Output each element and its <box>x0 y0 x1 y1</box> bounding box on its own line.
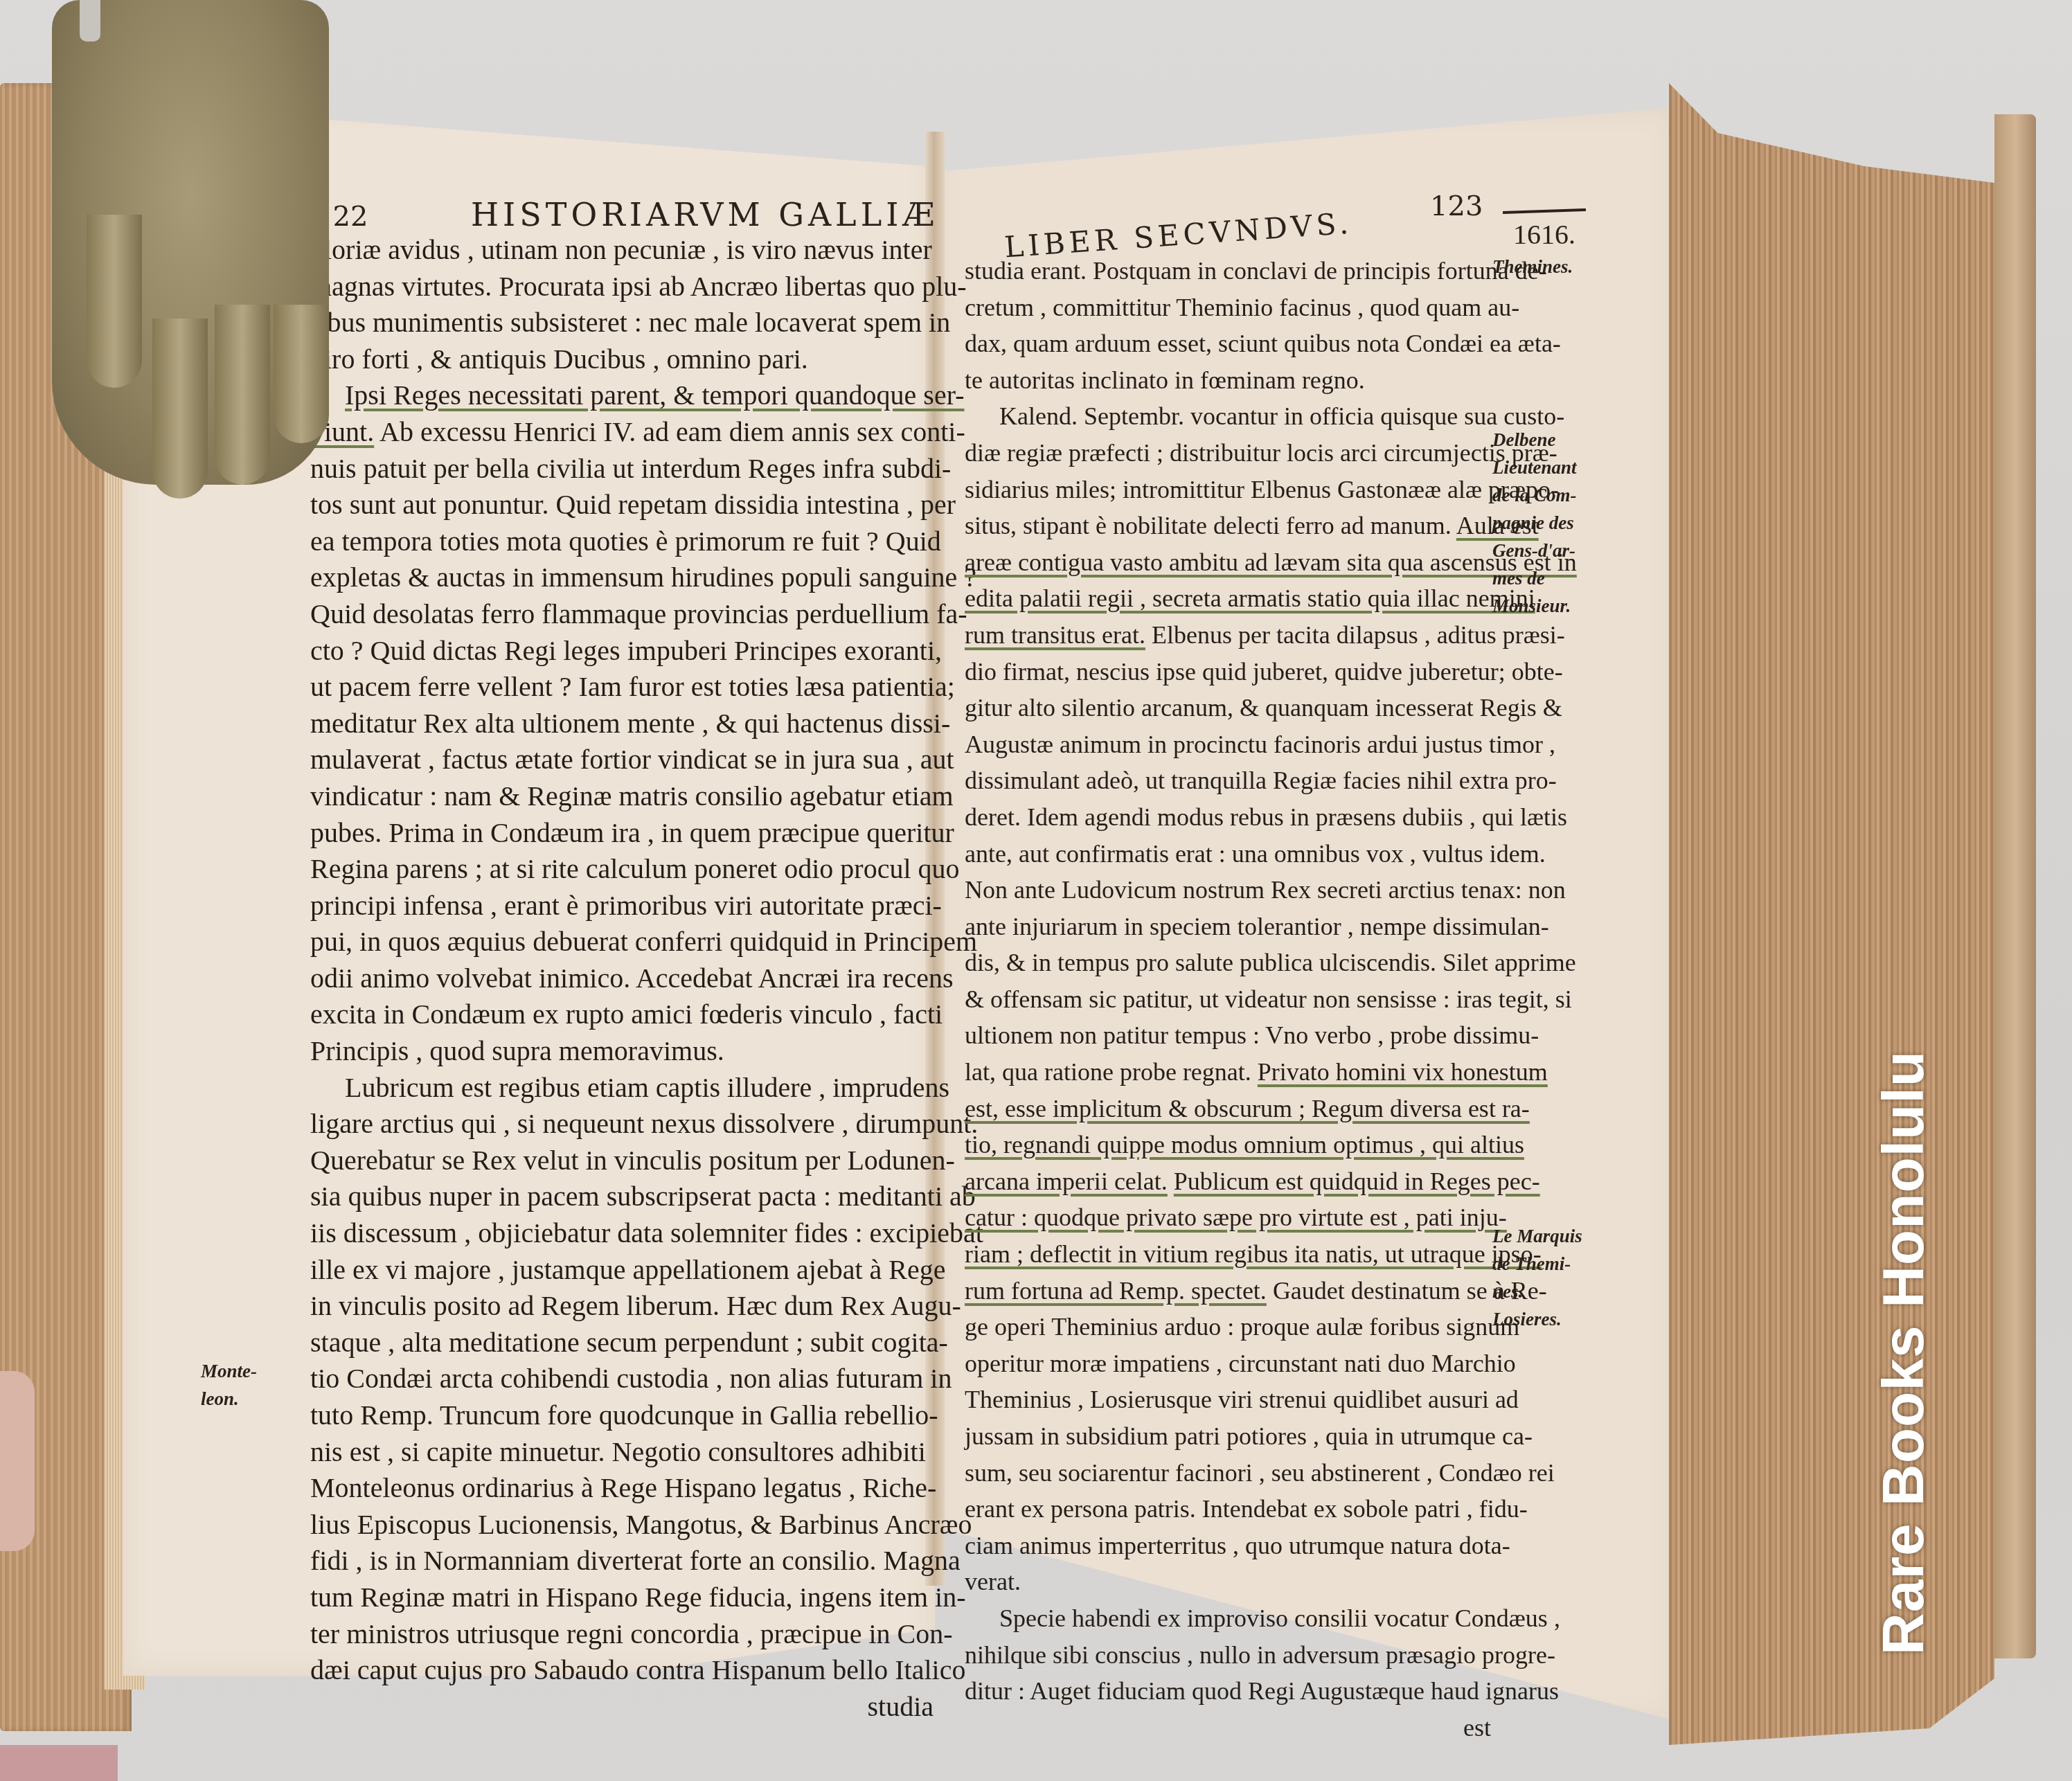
text-segment: nis est , si capite minuetur. Negotio co… <box>310 1436 926 1467</box>
text-line: ciam animus imperterritus , quo utrumque… <box>965 1528 1491 1564</box>
text-segment: odii animo volvebat inimico. Accedebat A… <box>310 963 954 994</box>
text-segment: ille ex vi majore , justamque appellatio… <box>310 1254 945 1285</box>
text-line: gitur alto silentio arcanum, & quanquam … <box>965 690 1491 726</box>
text-segment: tuto Remp. Truncum fore quodcunque in Ga… <box>310 1399 938 1431</box>
underlined-passage: Privato homini vix honestum <box>1258 1058 1548 1086</box>
text-line: rum fortuna ad Remp. spectet. Gaudet des… <box>965 1273 1491 1309</box>
hand-finger <box>152 319 208 499</box>
text-line: magnas virtutes. Procurata ipsi ab Ancræ… <box>310 269 934 305</box>
text-segment: sidiarius miles; intromittitur Elbenus G… <box>965 476 1559 503</box>
underlined-passage: Ipsi Reges necessitati parent, & tempori… <box>345 379 965 411</box>
text-segment: dissimulant adeò, ut tranquilla Regiæ fa… <box>965 767 1557 794</box>
text-line: Augustæ animum in procinctu facinoris ar… <box>965 726 1491 763</box>
text-segment: Specie habendi ex improviso consilii voc… <box>999 1604 1560 1632</box>
text-segment: sia quibus nuper in pacem subscripserat … <box>310 1181 976 1212</box>
text-line: tuto Remp. Truncum fore quodcunque in Ga… <box>310 1397 934 1434</box>
text-segment: nihilque sibi conscius , nullo in advers… <box>965 1641 1555 1669</box>
right-page-number: 123 <box>1430 190 1483 222</box>
text-segment: lius Episcopus Lucionensis, Mangotus, & … <box>310 1509 972 1540</box>
text-segment: ea tempora toties mota quoties è primoru… <box>310 526 941 557</box>
left-running-head: HISTORIARVM GALLIÆ <box>471 196 938 233</box>
text-line: ea tempora toties mota quoties è primoru… <box>310 523 934 560</box>
text-line: dax, quam arduum esset, sciunt quibus no… <box>965 325 1491 362</box>
hand-mount-clip <box>80 0 100 42</box>
text-segment: dax, quam arduum esset, sciunt quibus no… <box>965 330 1561 357</box>
text-line: Kalend. Septembr. vocantur in officia qu… <box>965 398 1491 435</box>
text-segment: meditatur Rex alta ultionem mente , & qu… <box>310 708 950 739</box>
text-segment: lat, qua ratione probe regnat. <box>965 1058 1258 1086</box>
text-segment: nuis patuit per bella civilia ut interdu… <box>310 453 951 484</box>
text-line: nuis patuit per bella civilia ut interdu… <box>310 451 934 487</box>
text-line: ribus munimentis subsisteret : nec male … <box>310 305 934 341</box>
text-segment: erant ex persona patris. Intendebat ex s… <box>965 1495 1528 1523</box>
text-segment: ultionem non patitur tempus : Vno verbo … <box>965 1021 1539 1049</box>
text-line: te autoritas inclinato in fœminam regno. <box>965 362 1491 399</box>
text-segment: pui, in quos æquius debuerat conferri qu… <box>310 926 977 957</box>
text-segment: & offensam sic patitur, ut videatur non … <box>965 985 1572 1013</box>
text-line: odii animo volvebat inimico. Accedebat A… <box>310 960 934 997</box>
text-line: cretum , committitur Theminio facinus , … <box>965 289 1491 326</box>
underlined-passage: areæ contigua vasto ambitu ad lævam sita… <box>965 548 1577 576</box>
text-line: jussam in subsidium patri potiores , qui… <box>965 1418 1491 1455</box>
text-line: riam ; deflectit in vitium regibus ita n… <box>965 1236 1491 1273</box>
text-line: ditur : Auget fiduciam quod Regi Augustæ… <box>965 1673 1491 1710</box>
text-line: ligare arctius qui , si nequeunt nexus d… <box>310 1106 934 1143</box>
text-segment: ciam animus imperterritus , quo utrumque… <box>965 1532 1510 1559</box>
text-segment: Elbenus per tacita dilapsus , aditus præ… <box>1145 621 1565 649</box>
text-line: ge operi Theminius arduo : proque aulæ f… <box>965 1309 1491 1345</box>
text-line: iis discessum , objiciebatur data solemn… <box>310 1215 934 1252</box>
text-line: dæi caput cujus pro Sabaudo contra Hispa… <box>310 1652 934 1689</box>
text-line: ut pacem ferre vellent ? Iam furor est t… <box>310 669 934 706</box>
text-line: tum Reginæ matri in Hispano Rege fiducia… <box>310 1579 934 1616</box>
text-segment: magnas virtutes. Procurata ipsi ab Ancræ… <box>310 271 967 302</box>
text-segment: staque , alta meditatione secum perpendu… <box>310 1327 948 1358</box>
text-line: excita in Condæum ex rupto amici fœderis… <box>310 996 934 1033</box>
text-line: Theminius , Losierusque viri strenui qui… <box>965 1381 1491 1418</box>
text-segment: gitur alto silentio arcanum, & quanquam … <box>965 694 1562 722</box>
text-segment: Querebatur se Rex velut in vinculis posi… <box>310 1145 955 1176</box>
margin-note-themines: Themines. <box>1492 253 1573 280</box>
text-line: meditatur Rex alta ultionem mente , & qu… <box>310 706 934 742</box>
text-line: nihilque sibi conscius , nullo in advers… <box>965 1637 1491 1674</box>
underlined-passage: est, esse implicitum & obscurum ; Regum … <box>965 1095 1530 1122</box>
text-line: gloriæ avidus , utinam non pecuniæ , is … <box>310 232 934 269</box>
underlined-passage: Publicum est quidquid in Reges pec- <box>1174 1167 1540 1195</box>
text-line: deret. Idem agendi modus rebus in præsen… <box>965 799 1491 836</box>
text-segment: mulaverat , factus ætate fortior vindica… <box>310 744 954 775</box>
text-segment: ante, aut confirmatis erat : una omnibus… <box>965 840 1546 868</box>
text-line: edita palatii regii , secreta armatis st… <box>965 580 1491 617</box>
margin-note-delbene: Delbene Lieutenant de la Com- pagnie des… <box>1492 426 1577 620</box>
text-segment: pubes. Prima in Condæum ira , in quem pr… <box>310 817 954 848</box>
text-segment: principi infensa , erant è primoribus vi… <box>310 890 942 921</box>
text-line: sia quibus nuper in pacem subscripserat … <box>310 1179 934 1215</box>
text-line: studia <box>310 1689 934 1726</box>
margin-note-marquis-themines: Le Marquis de Themi- nes. Losieres. <box>1492 1222 1582 1333</box>
text-line: sidiarius miles; intromittitur Elbenus G… <box>965 472 1491 508</box>
text-segment: ligare arctius qui , si nequeunt nexus d… <box>310 1108 978 1139</box>
underlined-passage: rum fortuna ad Remp. spectet. <box>965 1277 1267 1305</box>
margin-note-monteleon: Monte- leon. <box>201 1357 257 1413</box>
text-segment: situs, stipant è nobilitate delecti ferr… <box>965 512 1456 539</box>
text-line: ante injuriarum in speciem tolerantior ,… <box>965 909 1491 945</box>
underlined-passage: arcana imperii celat. <box>965 1167 1168 1195</box>
text-line: areæ contigua vasto ambitu ad lævam sita… <box>965 544 1491 581</box>
text-segment: ge operi Theminius arduo : proque aulæ f… <box>965 1313 1519 1341</box>
text-line: lius Episcopus Lucionensis, Mangotus, & … <box>310 1507 934 1543</box>
text-segment: est <box>1463 1714 1491 1742</box>
text-line: Quid desolatas ferro flammaque provincia… <box>310 596 934 633</box>
text-segment: ribus munimentis subsisteret : nec male … <box>310 307 950 338</box>
holder-finger <box>0 1371 35 1551</box>
text-line: operitur moræ impatiens , circunstant na… <box>965 1345 1491 1382</box>
text-segment: in vinculis posito ad Regem liberum. Hæc… <box>310 1290 961 1321</box>
text-segment: dio firmat, nescius ipse quid juberet, q… <box>965 658 1563 686</box>
text-line: cto ? Quid dictas Regi leges impuberi Pr… <box>310 633 934 670</box>
holder-hand <box>0 1745 118 1781</box>
text-line: & offensam sic patitur, ut videatur non … <box>965 981 1491 1018</box>
text-segment: viro forti , & antiquis Ducibus , omnino… <box>310 343 808 375</box>
hand-finger <box>215 305 270 485</box>
text-segment: verat. <box>965 1568 1021 1595</box>
text-segment: Regina parens ; at si rite calculum pone… <box>310 853 960 884</box>
text-line: sum, seu sociarentur facinori , seu abst… <box>965 1455 1491 1492</box>
text-segment: ut pacem ferre vellent ? Iam furor est t… <box>310 671 955 702</box>
text-segment: Non ante Ludovicum nostrum Rex secreti a… <box>965 876 1566 904</box>
text-segment: tos sunt aut ponuntur. Quid repetam diss… <box>310 489 956 520</box>
text-segment: Theminius , Losierusque viri strenui qui… <box>965 1386 1519 1413</box>
text-segment: excita in Condæum ex rupto amici fœderis… <box>310 999 943 1030</box>
text-segment: dis, & in tempus pro salute publica ulci… <box>965 949 1576 976</box>
text-line: ter ministros utriusque regni concordia … <box>310 1616 934 1653</box>
text-segment: ante injuriarum in speciem tolerantior ,… <box>965 913 1549 940</box>
text-line: dis, & in tempus pro salute publica ulci… <box>965 945 1491 981</box>
text-line: dissimulant adeò, ut tranquilla Regiæ fa… <box>965 762 1491 799</box>
text-segment: expletas & auctas in immensum hirudines … <box>310 562 976 593</box>
book-cover-right <box>1994 114 2036 1658</box>
text-segment: sum, seu sociarentur facinori , seu abst… <box>965 1459 1555 1487</box>
text-line: ante, aut confirmatis erat : una omnibus… <box>965 836 1491 872</box>
text-segment: jussam in subsidium patri potiores , qui… <box>965 1422 1533 1450</box>
text-line: Ipsi Reges necessitati parent, & tempori… <box>310 377 934 414</box>
text-line: Specie habendi ex improviso consilii voc… <box>965 1600 1491 1637</box>
text-line: erant ex persona patris. Intendebat ex s… <box>965 1491 1491 1528</box>
page-block-fore-edge <box>1669 83 1994 1745</box>
text-line: tio Condæi arcta cohibendi custodia , no… <box>310 1361 934 1397</box>
text-segment: diæ regiæ præfecti ; distribuitur locis … <box>965 439 1557 467</box>
text-segment: dæi caput cujus pro Sabaudo contra Hispa… <box>310 1654 965 1685</box>
text-line: tos sunt aut ponuntur. Quid repetam diss… <box>310 487 934 523</box>
text-line: ille ex vi majore , justamque appellatio… <box>310 1252 934 1289</box>
text-line: lat, qua ratione probe regnat. Privato h… <box>965 1054 1491 1091</box>
text-line: dio firmat, nescius ipse quid juberet, q… <box>965 654 1491 690</box>
left-page-body: gloriæ avidus , utinam non pecuniæ , is … <box>310 232 934 1725</box>
hand-finger <box>87 215 142 388</box>
text-segment: fidi , is in Normanniam diverterat forte… <box>310 1545 961 1576</box>
text-segment: iis discessum , objiciebatur data solemn… <box>310 1217 983 1249</box>
text-line: nis est , si capite minuetur. Negotio co… <box>310 1434 934 1471</box>
text-segment: studia erant. Postquam in conclavi de pr… <box>965 257 1547 285</box>
text-segment: operitur moræ impatiens , circunstant na… <box>965 1350 1516 1377</box>
text-segment: cto ? Quid dictas Regi leges impuberi Pr… <box>310 635 942 666</box>
text-line: viro forti , & antiquis Ducibus , omnino… <box>310 341 934 378</box>
text-line: verat. <box>965 1564 1491 1600</box>
text-segment: tio Condæi arcta cohibendi custodia , no… <box>310 1363 952 1394</box>
text-segment: te autoritas inclinato in fœminam regno. <box>965 366 1365 394</box>
text-line: rum transitus erat. Elbenus per tacita d… <box>965 617 1491 654</box>
text-line: Regina parens ; at si rite calculum pone… <box>310 851 934 888</box>
text-line: tio, regnandi quippe modus omnium optimu… <box>965 1127 1491 1163</box>
underlined-passage: catur : quodque privato sæpe pro virtute… <box>965 1203 1507 1231</box>
text-segment: tum Reginæ matri in Hispano Rege fiducia… <box>310 1582 966 1613</box>
text-line: diæ regiæ præfecti ; distribuitur locis … <box>965 435 1491 472</box>
text-segment: gloriæ avidus , utinam non pecuniæ , is … <box>310 234 932 265</box>
text-line: principi infensa , erant è primoribus vi… <box>310 888 934 924</box>
text-line: Principis , quod supra memoravimus. <box>310 1033 934 1070</box>
margin-year: 1616. <box>1513 218 1575 251</box>
text-segment: vindicatur : nam & Reginæ matris consili… <box>310 780 954 812</box>
right-page-body: studia erant. Postquam in conclavi de pr… <box>965 253 1491 1746</box>
gilded-hand-bookweight <box>52 0 329 485</box>
text-line: situs, stipant è nobilitate delecti ferr… <box>965 508 1491 544</box>
text-line: pubes. Prima in Condæum ira , in quem pr… <box>310 815 934 852</box>
text-line: pui, in quos æquius debuerat conferri qu… <box>310 924 934 960</box>
text-line: Querebatur se Rex velut in vinculis posi… <box>310 1143 934 1179</box>
text-line: ultionem non patitur tempus : Vno verbo … <box>965 1017 1491 1054</box>
underlined-passage: edita palatii regii , secreta armatis st… <box>965 584 1535 612</box>
text-line: catur : quodque privato sæpe pro virtute… <box>965 1199 1491 1236</box>
text-segment: Monteleonus ordinarius à Rege Hispano le… <box>310 1472 936 1503</box>
text-line: fidi , is in Normanniam diverterat forte… <box>310 1543 934 1579</box>
underlined-passage: riam ; deflectit in vitium regibus ita n… <box>965 1240 1542 1268</box>
text-segment: Principis , quod supra memoravimus. <box>310 1035 724 1066</box>
text-line: staque , alta meditatione secum perpendu… <box>310 1325 934 1361</box>
text-line: Monteleonus ordinarius à Rege Hispano le… <box>310 1470 934 1507</box>
text-line: Lubricum est regibus etiam captis illude… <box>310 1070 934 1107</box>
text-segment: Ab excessu Henrici IV. ad eam diem annis… <box>374 416 965 447</box>
text-line: mulaverat , factus ætate fortior vindica… <box>310 742 934 778</box>
text-line: in vinculis posito ad Regem liberum. Hæc… <box>310 1288 934 1325</box>
text-segment: Kalend. Septembr. vocantur in officia qu… <box>999 402 1564 430</box>
text-segment <box>1168 1167 1174 1195</box>
text-segment: studia <box>867 1691 934 1722</box>
text-segment: Quid desolatas ferro flammaque provincia… <box>310 598 967 629</box>
text-line: est <box>965 1710 1491 1746</box>
text-segment: cretum , committitur Theminio facinus , … <box>965 294 1519 321</box>
text-segment: ter ministros utriusque regni concordia … <box>310 1618 953 1649</box>
text-segment: Augustæ animum in procinctu facinoris ar… <box>965 731 1555 758</box>
text-line: Non ante Ludovicum nostrum Rex secreti a… <box>965 872 1491 909</box>
underlined-passage: tio, regnandi quippe modus omnium optimu… <box>965 1131 1524 1158</box>
hand-finger <box>274 305 329 443</box>
text-segment: Lubricum est regibus etiam captis illude… <box>345 1072 949 1103</box>
text-line: expletas & auctas in immensum hirudines … <box>310 560 934 596</box>
text-line: viunt. Ab excessu Henrici IV. ad eam die… <box>310 414 934 451</box>
text-segment: ditur : Auget fiduciam quod Regi Augustæ… <box>965 1677 1559 1705</box>
text-line: studia erant. Postquam in conclavi de pr… <box>965 253 1491 289</box>
underlined-passage: rum transitus erat. <box>965 621 1145 649</box>
text-line: est, esse implicitum & obscurum ; Regum … <box>965 1091 1491 1127</box>
text-line: arcana imperii celat. Publicum est quidq… <box>965 1163 1491 1200</box>
text-line: vindicatur : nam & Reginæ matris consili… <box>310 778 934 815</box>
watermark-text: Rare Books Honolulu <box>1870 1050 1937 1655</box>
text-segment: deret. Idem agendi modus rebus in præsen… <box>965 803 1567 831</box>
